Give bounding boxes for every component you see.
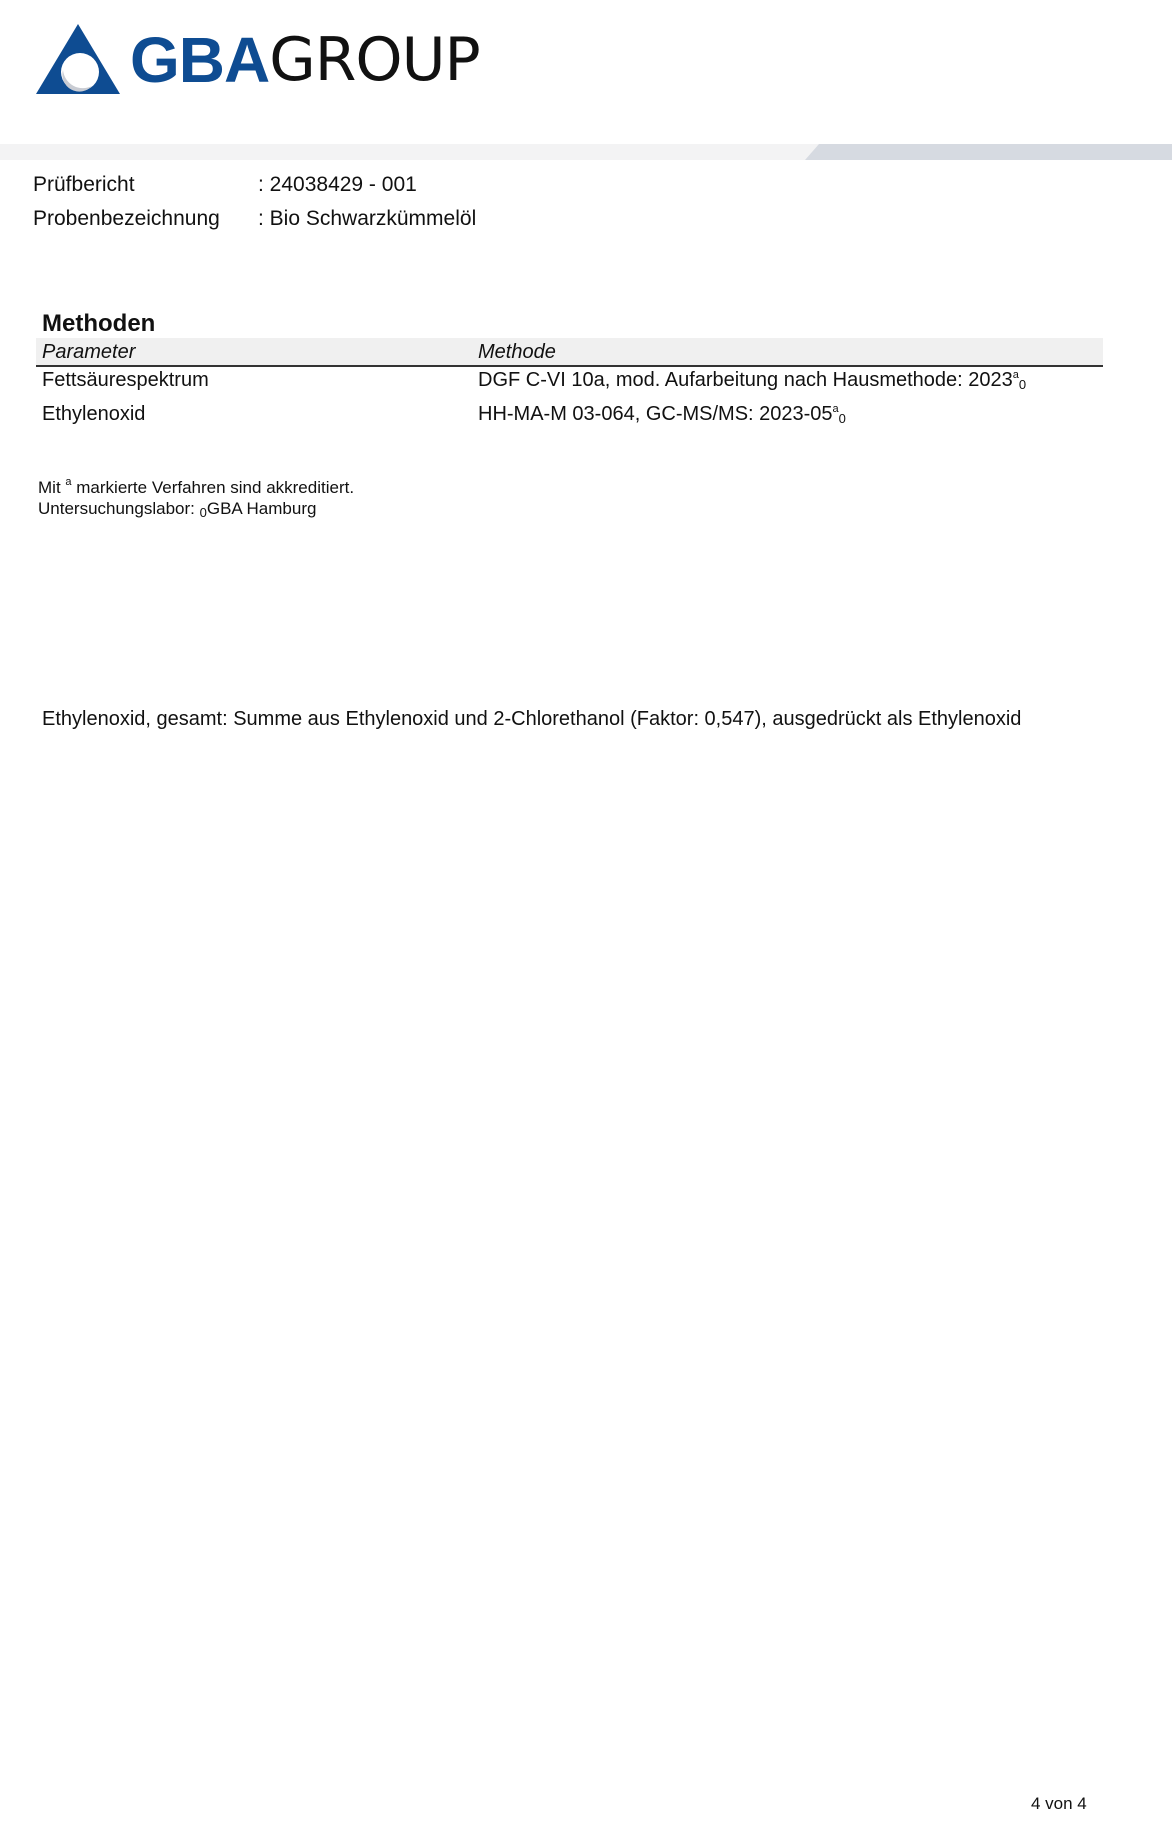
parameter-cell: Fettsäurespektrum xyxy=(42,369,209,392)
method-text: DGF C-VI 10a, mod. Aufarbeitung nach Hau… xyxy=(478,369,1013,391)
page-number: 4 von 4 xyxy=(1031,1794,1087,1814)
header-band-accent xyxy=(805,144,1172,160)
lab-label: Untersuchungslabor: xyxy=(38,499,195,518)
method-text: HH-MA-M 03-064, GC-MS/MS: 2023-05 xyxy=(478,403,833,425)
parameter-cell: Ethylenoxid xyxy=(42,403,145,426)
logo-group-text: GROUP xyxy=(269,25,480,95)
report-number-value: : 24038429 - 001 xyxy=(258,173,417,197)
column-header-parameter: Parameter xyxy=(42,341,135,364)
table-row: Fettsäurespektrum DGF C-VI 10a, mod. Auf… xyxy=(36,369,1103,399)
sample-name-value: : Bio Schwarzkümmelöl xyxy=(258,207,476,231)
methods-table-header: Parameter Methode xyxy=(36,338,1103,367)
lab-mark: 0 xyxy=(1019,377,1026,392)
method-cell: HH-MA-M 03-064, GC-MS/MS: 2023-05a0 xyxy=(478,403,846,426)
accreditation-prefix: Mit xyxy=(38,478,61,497)
ethylene-oxide-footnote: Ethylenoxid, gesamt: Summe aus Ethylenox… xyxy=(42,708,1021,731)
accreditation-note: Mit a markierte Verfahren sind akkrediti… xyxy=(38,476,354,498)
lab-note: Untersuchungslabor: 0GBA Hamburg xyxy=(38,499,316,520)
report-number-label: Prüfbericht xyxy=(33,173,135,197)
accreditation-text: markierte Verfahren sind akkreditiert. xyxy=(76,478,354,497)
accreditation-mark: a xyxy=(65,476,71,488)
methods-section-title: Methoden xyxy=(42,310,155,338)
table-row: Ethylenoxid HH-MA-M 03-064, GC-MS/MS: 20… xyxy=(36,403,1103,433)
lab-name: GBA Hamburg xyxy=(207,499,317,518)
lab-mark: 0 xyxy=(200,505,207,520)
method-cell: DGF C-VI 10a, mod. Aufarbeitung nach Hau… xyxy=(478,369,1026,392)
column-header-method: Methode xyxy=(478,341,556,364)
logo-gba-text: GBA xyxy=(130,23,269,97)
triangle-logo-icon xyxy=(36,24,120,96)
sample-name-label: Probenbezeichnung xyxy=(33,207,220,231)
gba-group-logo: GBAGROUP xyxy=(36,24,120,96)
lab-mark: 0 xyxy=(839,411,846,426)
